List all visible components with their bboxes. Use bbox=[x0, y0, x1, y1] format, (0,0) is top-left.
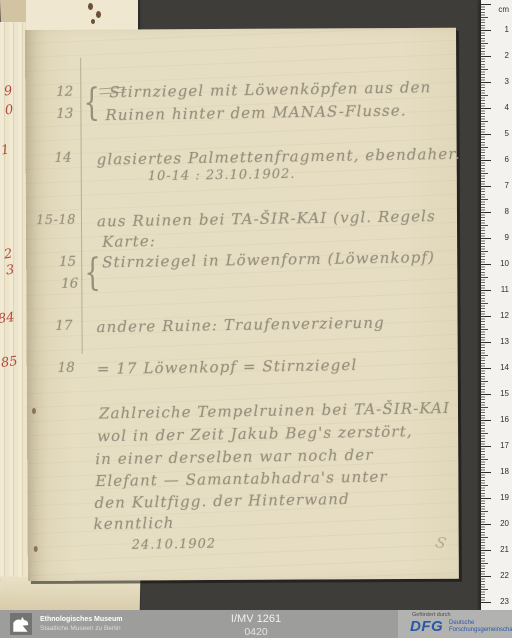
scan-viewport: 9 0 1 2 3 84 85 12 13 14 15-18 15 16 17 … bbox=[0, 0, 512, 638]
ruler-number: 10 bbox=[500, 259, 509, 269]
entry-brace: { bbox=[83, 82, 100, 126]
entry-number: 14 bbox=[38, 150, 72, 167]
entry-text: Ruinen hinter dem MANAS-Flusse. bbox=[105, 101, 406, 124]
ruler-number: 20 bbox=[500, 519, 509, 529]
ruler-number: 17 bbox=[500, 441, 509, 451]
note-line: Elefant — Samantabhadra's unter bbox=[95, 468, 388, 491]
ruler-number: 3 bbox=[505, 77, 509, 87]
ruler-number: 15 bbox=[500, 389, 509, 399]
pencil-edge-mark: S bbox=[434, 533, 448, 553]
entry-text: glasiertes Palmettenfragment, ebendaher. bbox=[97, 145, 461, 169]
entry-text: Stirnziegel mit Löwenköpfen aus den bbox=[109, 78, 431, 101]
ruler-number: 2 bbox=[505, 51, 509, 61]
ruler: cm 1 2 3 4 5 6 7 8 9 10 11 12 13 14 15 1… bbox=[481, 0, 512, 611]
binding-stitch bbox=[32, 408, 36, 414]
ruler-number: 5 bbox=[505, 129, 509, 139]
dfg-name-line1: Deutsche bbox=[449, 620, 512, 627]
entry-number: 16 bbox=[44, 276, 78, 293]
ruler-unit-label: cm bbox=[498, 5, 509, 14]
entry-text: = 17 Löwenkopf = Stirnziegel bbox=[97, 356, 358, 378]
ruler-number: 4 bbox=[505, 103, 509, 113]
note-date: 24.10.1902 bbox=[132, 537, 217, 553]
dfg-name: Deutsche Forschungsgemeinschaft bbox=[449, 620, 512, 634]
note-line: Zahlreiche Tempelruinen bei TA-ŠIR-KAI bbox=[99, 399, 450, 423]
binding-thread bbox=[91, 19, 95, 24]
note-line: den Kultfigg. der Hinterwand bbox=[94, 490, 350, 512]
note-line: in einer derselben war noch der bbox=[95, 446, 374, 468]
dfg-name-line2: Forschungsgemeinschaft bbox=[449, 627, 512, 634]
ruler-number: 21 bbox=[500, 545, 509, 555]
entry-text: Stirnziegel in Löwenform (Löwenkopf) bbox=[102, 248, 435, 271]
entry-date-line: 10-14 : 23.10.1902. bbox=[148, 167, 296, 184]
note-line: kenntlich bbox=[93, 514, 174, 533]
ruler-number: 22 bbox=[500, 571, 509, 581]
entry-number: 17 bbox=[38, 318, 72, 335]
ruler-number: 14 bbox=[500, 363, 509, 373]
entry-number: 13 bbox=[39, 106, 73, 123]
entry-number: 18 bbox=[41, 360, 75, 377]
ruler-number: 7 bbox=[505, 181, 509, 191]
entry-text: andere Ruine: Traufenverzierung bbox=[96, 314, 384, 337]
footer-bar: Ethnologisches Museum Staatliche Museen … bbox=[0, 610, 512, 638]
ruler-number: 11 bbox=[501, 285, 509, 295]
red-margin-number: 3 bbox=[5, 263, 15, 279]
dfg-logo-acronym: DFG bbox=[410, 618, 443, 635]
manuscript-page: 12 13 14 15-18 15 16 17 18 { { Stirnzieg… bbox=[25, 28, 459, 581]
red-margin-number: 85 bbox=[0, 354, 18, 371]
binding-thread bbox=[88, 3, 93, 10]
ruler-number: 16 bbox=[500, 415, 509, 425]
ruler-number: 1 bbox=[505, 25, 509, 35]
ruler-number: 8 bbox=[505, 207, 509, 217]
ruler-number: 13 bbox=[500, 337, 509, 347]
margin-rule-line bbox=[80, 58, 83, 354]
entry-text: Karte: bbox=[102, 232, 156, 251]
entry-number: 15 bbox=[42, 254, 76, 271]
red-margin-number: 0 bbox=[4, 103, 14, 119]
red-margin-number: 1 bbox=[0, 143, 10, 159]
entry-number: 12 bbox=[39, 84, 73, 101]
entry-number: 15-18 bbox=[28, 212, 76, 228]
entry-brace: { bbox=[84, 252, 101, 296]
ruler-number: 23 bbox=[500, 597, 509, 607]
binding-stitch bbox=[34, 546, 38, 552]
red-margin-number: 9 bbox=[3, 84, 13, 100]
ruler-number: 18 bbox=[500, 467, 509, 477]
entry-text: aus Ruinen bei TA-ŠIR-KAI (vgl. Regels bbox=[97, 207, 436, 230]
red-margin-number: 2 bbox=[3, 247, 13, 263]
red-margin-number: 84 bbox=[0, 310, 15, 327]
ruler-number: 6 bbox=[505, 155, 509, 165]
underlying-pages-bottom bbox=[0, 577, 140, 614]
ruler-number: 19 bbox=[500, 493, 509, 503]
ruler-number: 12 bbox=[500, 311, 509, 321]
note-line: wol in der Zeit Jakub Beg's zerstört, bbox=[97, 422, 413, 445]
binding-thread bbox=[96, 11, 101, 18]
ruler-number: 9 bbox=[505, 233, 509, 243]
